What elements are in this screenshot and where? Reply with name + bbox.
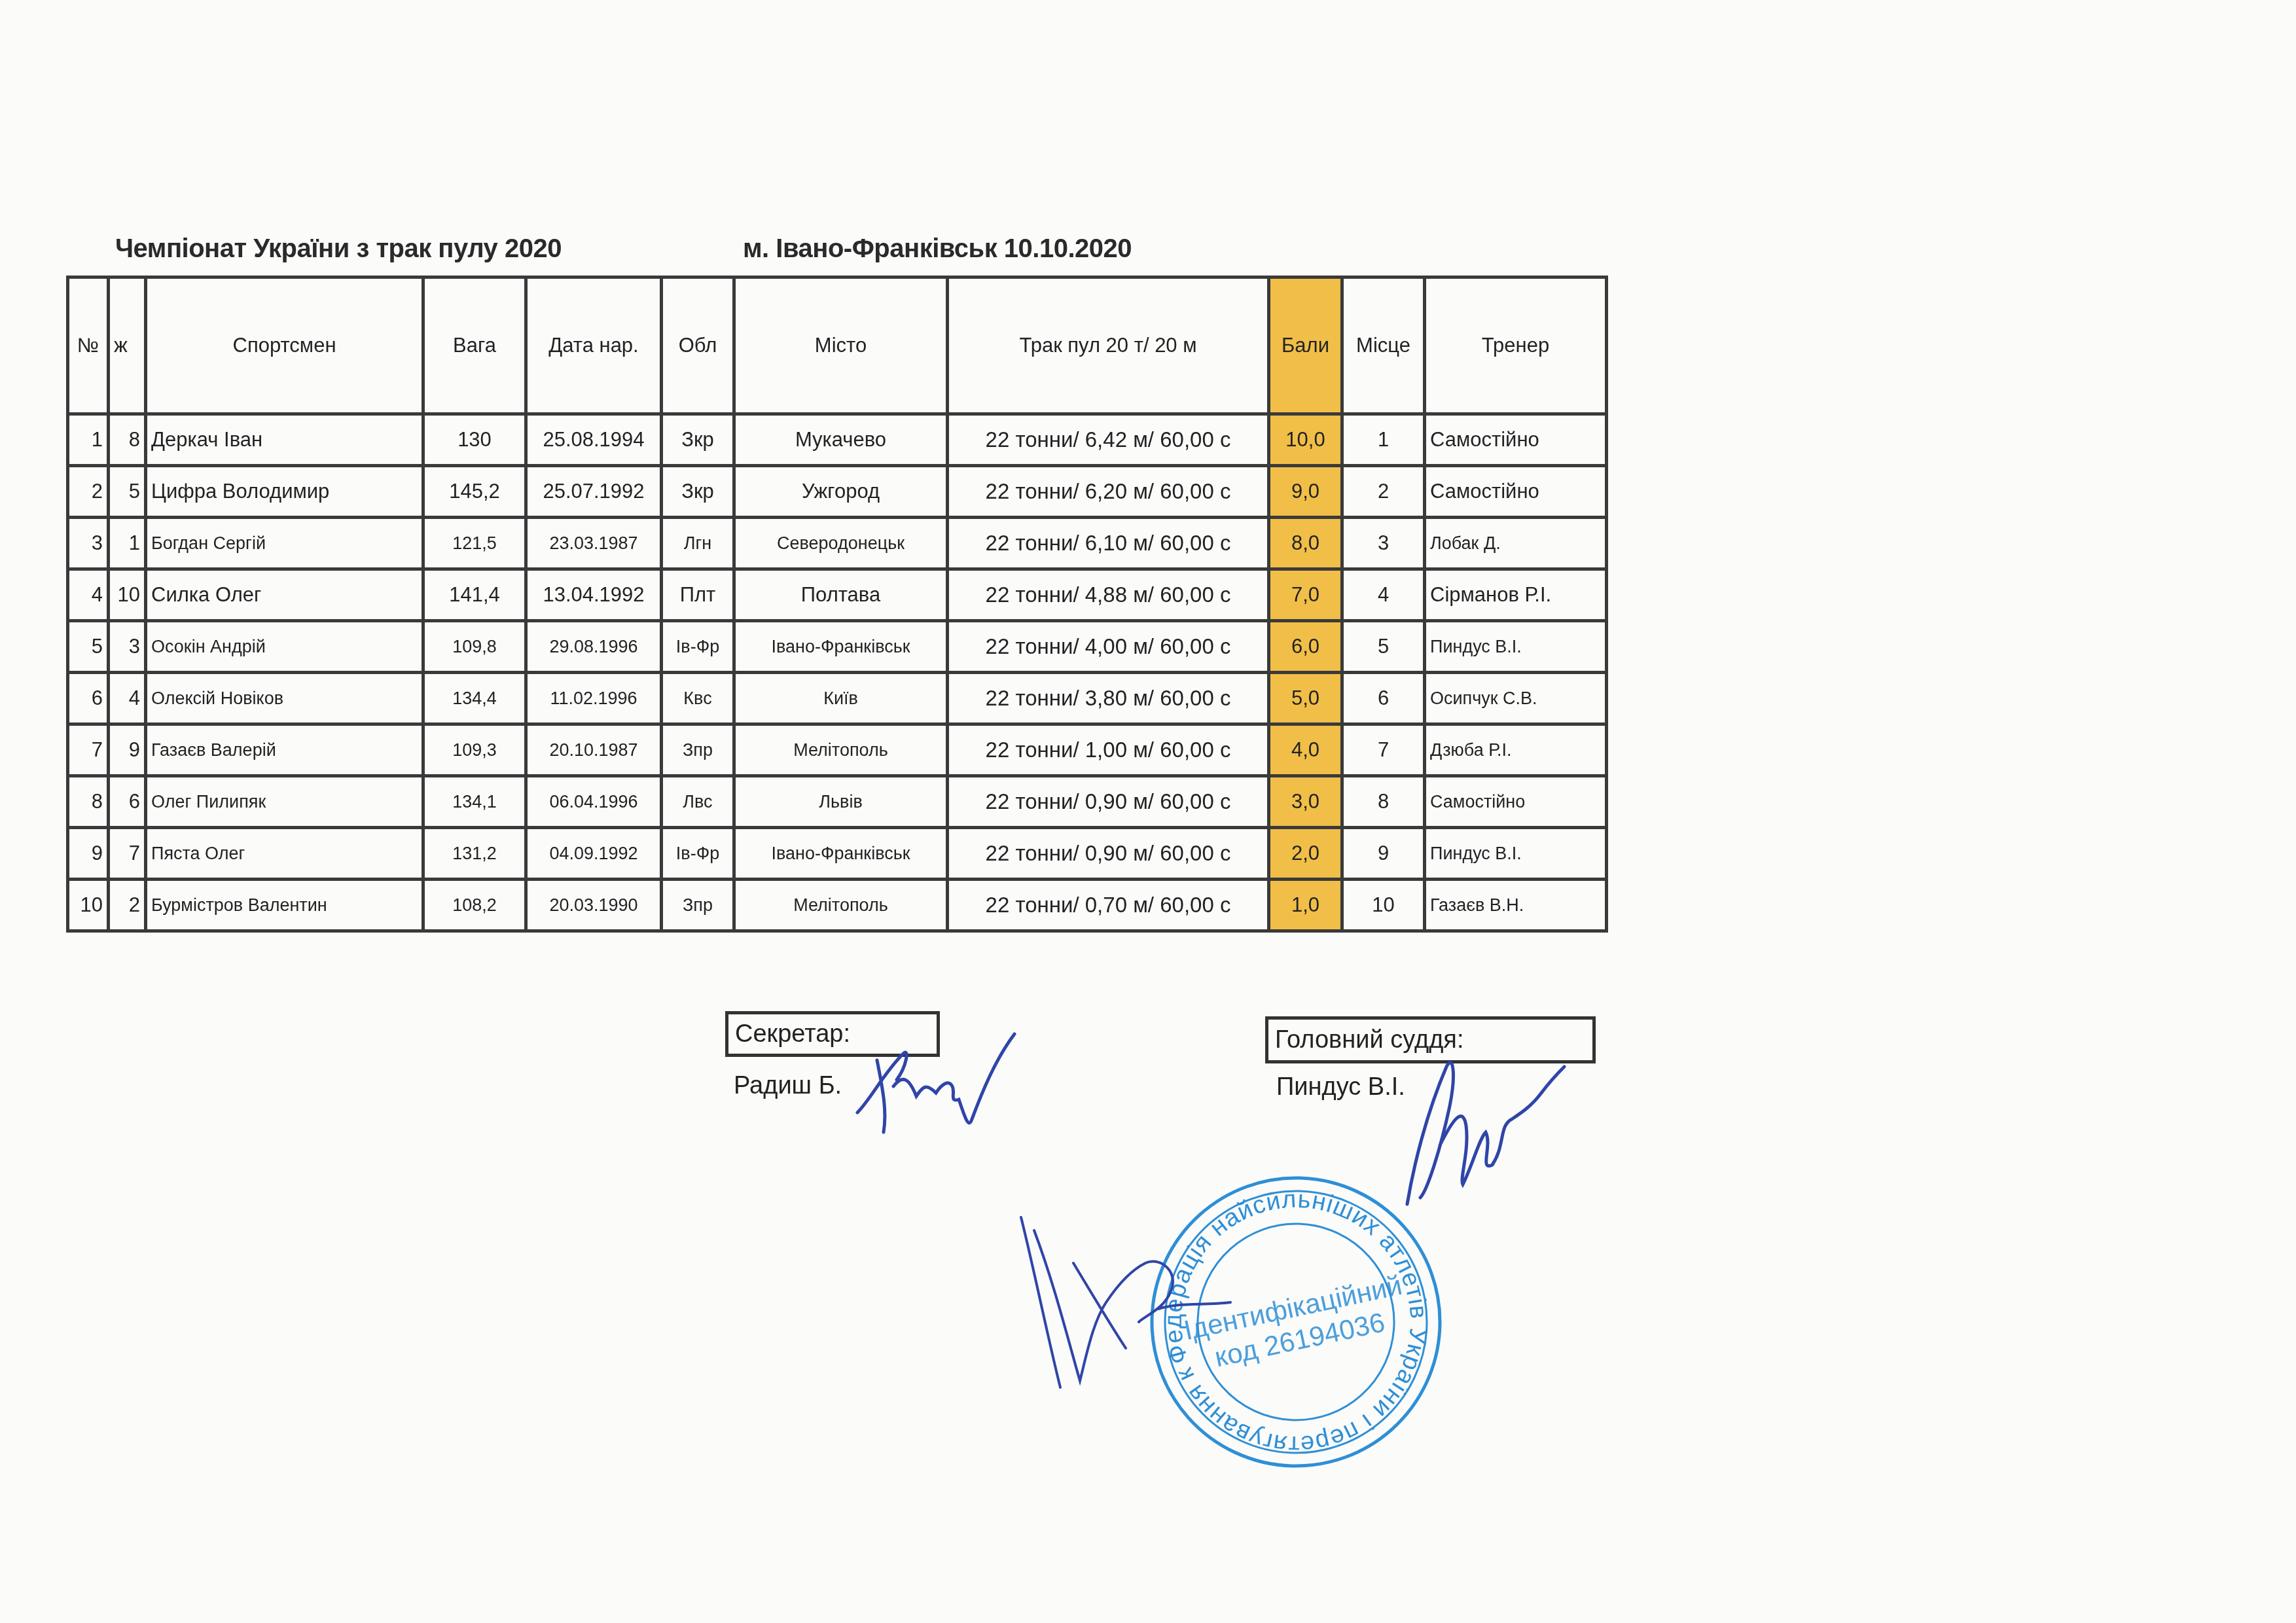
points-cell: 1,0 — [1269, 880, 1342, 931]
region-cell: Зпр — [662, 880, 734, 931]
row-number-cell: 9 — [68, 828, 109, 880]
place-cell: 2 — [1342, 466, 1425, 518]
row-number-cell: 8 — [68, 776, 109, 828]
coach-cell: Дзюба Р.І. — [1425, 724, 1607, 776]
weight-cell: 131,2 — [423, 828, 526, 880]
coach-cell: Самостійно — [1425, 776, 1607, 828]
result-cell: 22 тонни/ 0,70 м/ 60,00 с — [948, 880, 1269, 931]
weight-cell: 108,2 — [423, 880, 526, 931]
result-cell: 22 тонни/ 0,90 м/ 60,00 с — [948, 828, 1269, 880]
lot-number-cell: 7 — [109, 828, 146, 880]
points-cell: 3,0 — [1269, 776, 1342, 828]
weight-cell: 109,8 — [423, 621, 526, 673]
weight-cell: 141,4 — [423, 569, 526, 621]
result-cell: 22 тонни/ 6,10 м/ 60,00 с — [948, 518, 1269, 569]
judge-name: Пиндус В.І. — [1276, 1073, 1405, 1101]
lot-number-cell: 5 — [109, 466, 146, 518]
place-cell: 9 — [1342, 828, 1425, 880]
place-cell: 6 — [1342, 673, 1425, 724]
city-cell: Івано-Франківськ — [734, 828, 948, 880]
row-number-cell: 1 — [68, 414, 109, 466]
table-row: 18Деркач Іван13025.08.1994ЗкрМукачево22 … — [68, 414, 1607, 466]
secretary-name: Радиш Б. — [734, 1072, 842, 1100]
city-cell: Івано-Франківськ — [734, 621, 948, 673]
place-cell: 1 — [1342, 414, 1425, 466]
place-cell: 3 — [1342, 518, 1425, 569]
row-number-cell: 6 — [68, 673, 109, 724]
table-row: 410Силка Олег141,413.04.1992ПлтПолтава22… — [68, 569, 1607, 621]
city-cell: Львів — [734, 776, 948, 828]
athlete-name-cell: Силка Олег — [146, 569, 423, 621]
table-row: 86Олег Пилипяк134,106.04.1996ЛвсЛьвів22 … — [68, 776, 1607, 828]
weight-cell: 121,5 — [423, 518, 526, 569]
city-cell: Мелітополь — [734, 724, 948, 776]
stamp-signature-icon — [1008, 1191, 1244, 1400]
points-cell: 9,0 — [1269, 466, 1342, 518]
lot-number-cell: 3 — [109, 621, 146, 673]
row-number-cell: 7 — [68, 724, 109, 776]
city-cell: Мелітополь — [734, 880, 948, 931]
lot-number-cell: 8 — [109, 414, 146, 466]
row-number-cell: 2 — [68, 466, 109, 518]
region-cell: Ів-Фр — [662, 621, 734, 673]
result-cell: 22 тонни/ 3,80 м/ 60,00 с — [948, 673, 1269, 724]
col-header-result: Трак пул 20 т/ 20 м — [948, 277, 1269, 414]
table-row: 97Пяста Олег131,204.09.1992Ів-ФрІвано-Фр… — [68, 828, 1607, 880]
lot-number-cell: 2 — [109, 880, 146, 931]
athlete-name-cell: Цифра Володимир — [146, 466, 423, 518]
row-number-cell: 4 — [68, 569, 109, 621]
birth-date-cell: 06.04.1996 — [526, 776, 662, 828]
athlete-name-cell: Олег Пилипяк — [146, 776, 423, 828]
col-header-dob: Дата нар. — [526, 277, 662, 414]
region-cell: Лгн — [662, 518, 734, 569]
result-cell: 22 тонни/ 4,00 м/ 60,00 с — [948, 621, 1269, 673]
birth-date-cell: 11.02.1996 — [526, 673, 662, 724]
athlete-name-cell: Пяста Олег — [146, 828, 423, 880]
lot-number-cell: 1 — [109, 518, 146, 569]
birth-date-cell: 04.09.1992 — [526, 828, 662, 880]
coach-cell: Лобак Д. — [1425, 518, 1607, 569]
birth-date-cell: 20.03.1990 — [526, 880, 662, 931]
points-cell: 2,0 — [1269, 828, 1342, 880]
place-cell: 4 — [1342, 569, 1425, 621]
col-header-place: Місце — [1342, 277, 1425, 414]
athlete-name-cell: Деркач Іван — [146, 414, 423, 466]
region-cell: Квс — [662, 673, 734, 724]
athlete-name-cell: Богдан Сергій — [146, 518, 423, 569]
city-cell: Мукачево — [734, 414, 948, 466]
col-header-athlete: Спортсмен — [146, 277, 423, 414]
city-cell: Ужгород — [734, 466, 948, 518]
table-row: 79Газаєв Валерій109,320.10.1987ЗпрМеліто… — [68, 724, 1607, 776]
city-cell: Полтава — [734, 569, 948, 621]
row-number-cell: 5 — [68, 621, 109, 673]
table-row: 53Осокін Андрій109,829.08.1996Ів-ФрІвано… — [68, 621, 1607, 673]
place-cell: 5 — [1342, 621, 1425, 673]
result-cell: 22 тонни/ 6,42 м/ 60,00 с — [948, 414, 1269, 466]
coach-cell: Самостійно — [1425, 414, 1607, 466]
points-cell: 5,0 — [1269, 673, 1342, 724]
weight-cell: 134,4 — [423, 673, 526, 724]
table-row: 25Цифра Володимир145,225.07.1992ЗкрУжгор… — [68, 466, 1607, 518]
birth-date-cell: 25.08.1994 — [526, 414, 662, 466]
athlete-name-cell: Газаєв Валерій — [146, 724, 423, 776]
location-date: м. Івано-Франківськ 10.10.2020 — [743, 234, 1132, 264]
weight-cell: 130 — [423, 414, 526, 466]
city-cell: Северодонецьк — [734, 518, 948, 569]
coach-cell: Самостійно — [1425, 466, 1607, 518]
points-cell: 8,0 — [1269, 518, 1342, 569]
col-header-weight: Вага — [423, 277, 526, 414]
coach-cell: Пиндус В.І. — [1425, 828, 1607, 880]
region-cell: Плт — [662, 569, 734, 621]
col-header-coach: Тренер — [1425, 277, 1607, 414]
city-cell: Київ — [734, 673, 948, 724]
place-cell: 8 — [1342, 776, 1425, 828]
col-header-number: № — [68, 277, 109, 414]
points-cell: 4,0 — [1269, 724, 1342, 776]
points-cell: 7,0 — [1269, 569, 1342, 621]
result-cell: 22 тонни/ 4,88 м/ 60,00 с — [948, 569, 1269, 621]
region-cell: Ів-Фр — [662, 828, 734, 880]
result-cell: 22 тонни/ 6,20 м/ 60,00 с — [948, 466, 1269, 518]
coach-cell: Сірманов Р.І. — [1425, 569, 1607, 621]
result-cell: 22 тонни/ 0,90 м/ 60,00 с — [948, 776, 1269, 828]
birth-date-cell: 13.04.1992 — [526, 569, 662, 621]
lot-number-cell: 9 — [109, 724, 146, 776]
col-header-region: Обл — [662, 277, 734, 414]
birth-date-cell: 29.08.1996 — [526, 621, 662, 673]
result-cell: 22 тонни/ 1,00 м/ 60,00 с — [948, 724, 1269, 776]
birth-date-cell: 23.03.1987 — [526, 518, 662, 569]
points-cell: 10,0 — [1269, 414, 1342, 466]
weight-cell: 109,3 — [423, 724, 526, 776]
points-cell: 6,0 — [1269, 621, 1342, 673]
results-table: № ж Спортсмен Вага Дата нар. Обл Місто Т… — [66, 276, 1608, 933]
region-cell: Лвс — [662, 776, 734, 828]
birth-date-cell: 25.07.1992 — [526, 466, 662, 518]
document-title: Чемпіонат України з трак пулу 2020 — [115, 234, 562, 264]
table-row: 102Бурмістров Валентин108,220.03.1990Зпр… — [68, 880, 1607, 931]
place-cell: 7 — [1342, 724, 1425, 776]
table-header-row: № ж Спортсмен Вага Дата нар. Обл Місто Т… — [68, 277, 1607, 414]
weight-cell: 134,1 — [423, 776, 526, 828]
table-row: 64Олексій Новіков134,411.02.1996КвсКиїв2… — [68, 673, 1607, 724]
table-row: 31Богдан Сергій121,523.03.1987ЛгнСеверод… — [68, 518, 1607, 569]
lot-number-cell: 4 — [109, 673, 146, 724]
lot-number-cell: 10 — [109, 569, 146, 621]
place-cell: 10 — [1342, 880, 1425, 931]
region-cell: Зкр — [662, 466, 734, 518]
coach-cell: Осипчук С.В. — [1425, 673, 1607, 724]
birth-date-cell: 20.10.1987 — [526, 724, 662, 776]
region-cell: Зкр — [662, 414, 734, 466]
row-number-cell: 10 — [68, 880, 109, 931]
secretary-signature-icon — [844, 1021, 1028, 1139]
athlete-name-cell: Олексій Новіков — [146, 673, 423, 724]
secretary-label: Секретар: — [735, 1020, 850, 1048]
row-number-cell: 3 — [68, 518, 109, 569]
athlete-name-cell: Бурмістров Валентин — [146, 880, 423, 931]
lot-number-cell: 6 — [109, 776, 146, 828]
col-header-points: Бали — [1269, 277, 1342, 414]
col-header-lot: ж — [109, 277, 146, 414]
region-cell: Зпр — [662, 724, 734, 776]
athlete-name-cell: Осокін Андрій — [146, 621, 423, 673]
col-header-city: Місто — [734, 277, 948, 414]
weight-cell: 145,2 — [423, 466, 526, 518]
coach-cell: Пиндус В.І. — [1425, 621, 1607, 673]
coach-cell: Газаєв В.Н. — [1425, 880, 1607, 931]
